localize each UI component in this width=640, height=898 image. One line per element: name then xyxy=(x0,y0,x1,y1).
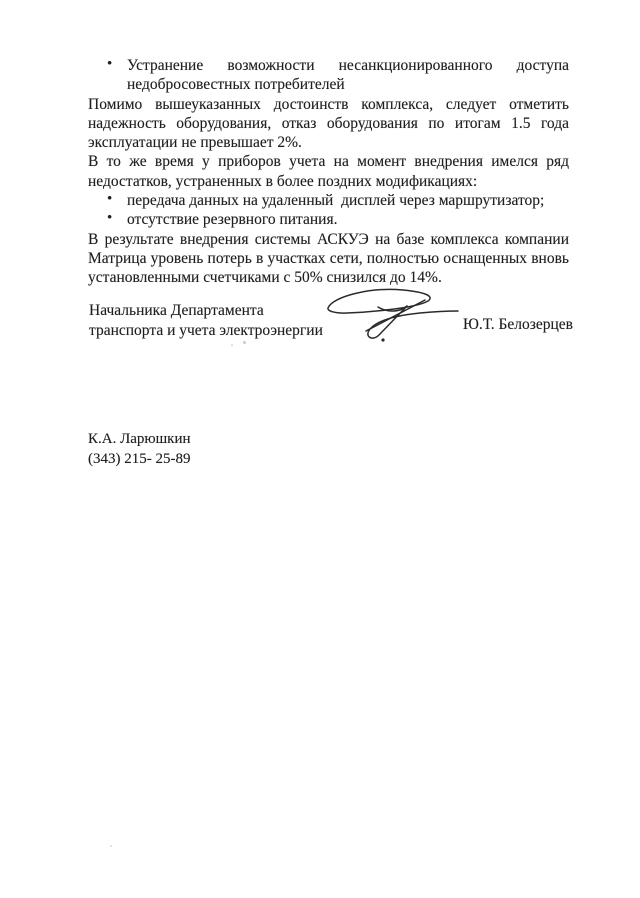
scan-speck xyxy=(110,845,112,847)
text-line: недостатков, устраненных в более поздних… xyxy=(88,172,569,191)
contact-name: К.А. Ларюшкин xyxy=(88,430,191,450)
bullet-marker: • xyxy=(107,190,112,209)
text-line: передача данных на удаленный дисплей чер… xyxy=(127,191,569,210)
scan-speck xyxy=(243,341,246,344)
text-line: Помимо вышеуказанных достоинств комплекс… xyxy=(88,95,569,114)
bullet-marker: • xyxy=(107,209,112,228)
scan-speck xyxy=(231,344,233,346)
handwritten-signature-icon xyxy=(322,283,464,349)
paragraph: В результате внедрения системы АСКУЭ на … xyxy=(88,230,569,288)
signature-role-line2: транспорта и учета электроэнергии xyxy=(89,321,323,341)
text-line: Матрица уровень потерь в участках сети, … xyxy=(88,249,569,268)
signature-role-title: Начальника Департамента транспорта и уче… xyxy=(89,301,323,340)
signature-role-line1: Начальника Департамента xyxy=(89,301,323,321)
bullet-item: •передача данных на удаленный дисплей че… xyxy=(88,191,569,210)
bullet-item: •отсутствие резервного питания. xyxy=(88,210,569,229)
text-line: эксплуатации не превышает 2%. xyxy=(88,133,569,152)
document-body: •Устранение возможности несанкционирован… xyxy=(88,56,569,288)
contact-phone: (343) 215- 25-89 xyxy=(88,450,191,470)
paragraph: Помимо вышеуказанных достоинств комплекс… xyxy=(88,95,569,153)
scanned-letter-page: •Устранение возможности несанкционирован… xyxy=(0,0,640,898)
bullet-item: •Устранение возможности несанкционирован… xyxy=(88,56,569,95)
text-line: Устранение возможности несанкционированн… xyxy=(127,56,569,75)
bullet-marker: • xyxy=(107,55,112,74)
text-line: В результате внедрения системы АСКУЭ на … xyxy=(88,230,569,249)
signer-name: Ю.Т. Белозерцев xyxy=(463,316,573,334)
text-line: недобросовестных потребителей xyxy=(127,75,569,94)
paragraph: В то же время у приборов учета на момент… xyxy=(88,152,569,191)
text-line: В то же время у приборов учета на момент… xyxy=(88,152,569,171)
text-line: отсутствие резервного питания. xyxy=(127,210,569,229)
text-line: надежность оборудования, отказ оборудова… xyxy=(88,114,569,133)
contact-block: К.А. Ларюшкин (343) 215- 25-89 xyxy=(88,430,191,469)
